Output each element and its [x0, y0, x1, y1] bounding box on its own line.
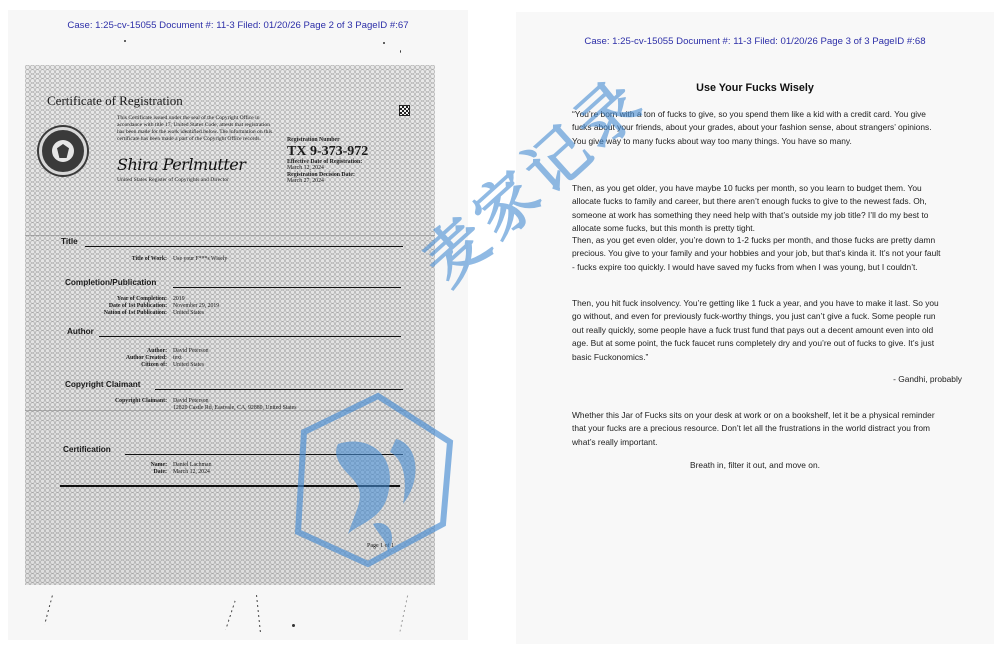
field-name: Name:Daniel Lachman — [65, 462, 211, 468]
scan-streak — [399, 595, 408, 634]
field-date: Date:March 12, 2024 — [65, 469, 210, 475]
fold-line — [25, 235, 435, 236]
effective-date: March 12, 2024 — [287, 165, 368, 172]
closing-line: Breath in, filter it out, and move on. — [516, 460, 994, 470]
section-claimant-label: Copyright Claimant — [65, 380, 141, 389]
register-signature: Shira Perlmutter — [117, 155, 245, 174]
case-header: Case: 1:25-cv-15055 Document #: 11-3 Fil… — [8, 20, 468, 31]
document-title: Use Your Fucks Wisely — [516, 82, 994, 94]
paragraph: “You’re born with a ton of fucks to give… — [572, 108, 944, 148]
section-title-label: Title — [61, 237, 78, 246]
section-rule — [173, 287, 401, 288]
scan-speck — [124, 40, 126, 42]
field-citizen-of: Citizen of:United States — [65, 362, 204, 368]
qr-code-icon — [399, 105, 410, 116]
certificate-heading: Certificate of Registration — [47, 93, 183, 109]
closing-paragraph: Whether this Jar of Fucks sits on your d… — [572, 409, 944, 449]
registration-number-label: Registration Number — [287, 137, 368, 144]
field-title-of-work: Title of Work:Use your F***s Wisely — [95, 256, 227, 262]
section-rule — [125, 454, 403, 455]
paragraph: Then, as you get even older, you’re down… — [572, 234, 944, 274]
section-certification-label: Certification — [63, 445, 111, 454]
scan-speck — [400, 50, 401, 53]
certificate-description: This Certificate issued under the seal o… — [117, 115, 277, 143]
effective-date-label: Effective Date of Registration: — [287, 159, 368, 166]
scan-streak — [225, 601, 235, 630]
scan-streak — [256, 595, 261, 633]
case-header: Case: 1:25-cv-15055 Document #: 11-3 Fil… — [516, 36, 994, 47]
section-author-label: Author — [67, 327, 94, 336]
section-rule — [85, 246, 403, 247]
field-year-of-completion: Year of Completion:2019 — [65, 296, 185, 302]
document-page-2: Case: 1:25-cv-15055 Document #: 11-3 Fil… — [8, 10, 468, 640]
section-rule — [99, 336, 401, 337]
registration-number: TX 9-373-972 — [287, 144, 368, 159]
scan-speck — [383, 42, 385, 44]
field-nation-of-publication: Nation of 1st Publication:United States — [65, 310, 204, 316]
decision-date: March 27, 2024 — [287, 178, 368, 185]
paragraph: Then, as you get older, you have maybe 1… — [572, 182, 944, 236]
us-copyright-office-seal-icon — [39, 127, 87, 175]
scan-speck — [292, 624, 295, 627]
field-copyright-claimant: Copyright Claimant:David Peterson — [65, 398, 209, 404]
field-claimant-address: 12820 Castle Rd, Eastvale, CA, 92880, Un… — [65, 405, 297, 411]
certificate-end-rule — [60, 485, 400, 487]
section-rule — [155, 389, 403, 390]
quote-attribution: - Gandhi, probably — [893, 374, 962, 384]
certificate-page-number: Page 1 of 1 — [367, 543, 394, 549]
certificate-of-registration: Certificate of Registration This Certifi… — [25, 65, 435, 585]
field-author: Author:David Peterson — [65, 348, 209, 354]
section-completion-label: Completion/Publication — [65, 278, 156, 287]
registration-block: Registration Number TX 9-373-972 Effecti… — [287, 137, 368, 185]
document-page-3: Case: 1:25-cv-15055 Document #: 11-3 Fil… — [516, 12, 994, 644]
signature-caption: United States Register of Copyrights and… — [117, 177, 229, 183]
decision-date-label: Registration Decision Date: — [287, 172, 368, 179]
field-date-of-publication: Date of 1st Publication:November 29, 201… — [65, 303, 219, 309]
field-author-created: Author Created:text — [65, 355, 182, 361]
paragraph: Then, you hit fuck insolvency. You’re ge… — [572, 297, 944, 364]
scan-streak — [44, 595, 53, 624]
